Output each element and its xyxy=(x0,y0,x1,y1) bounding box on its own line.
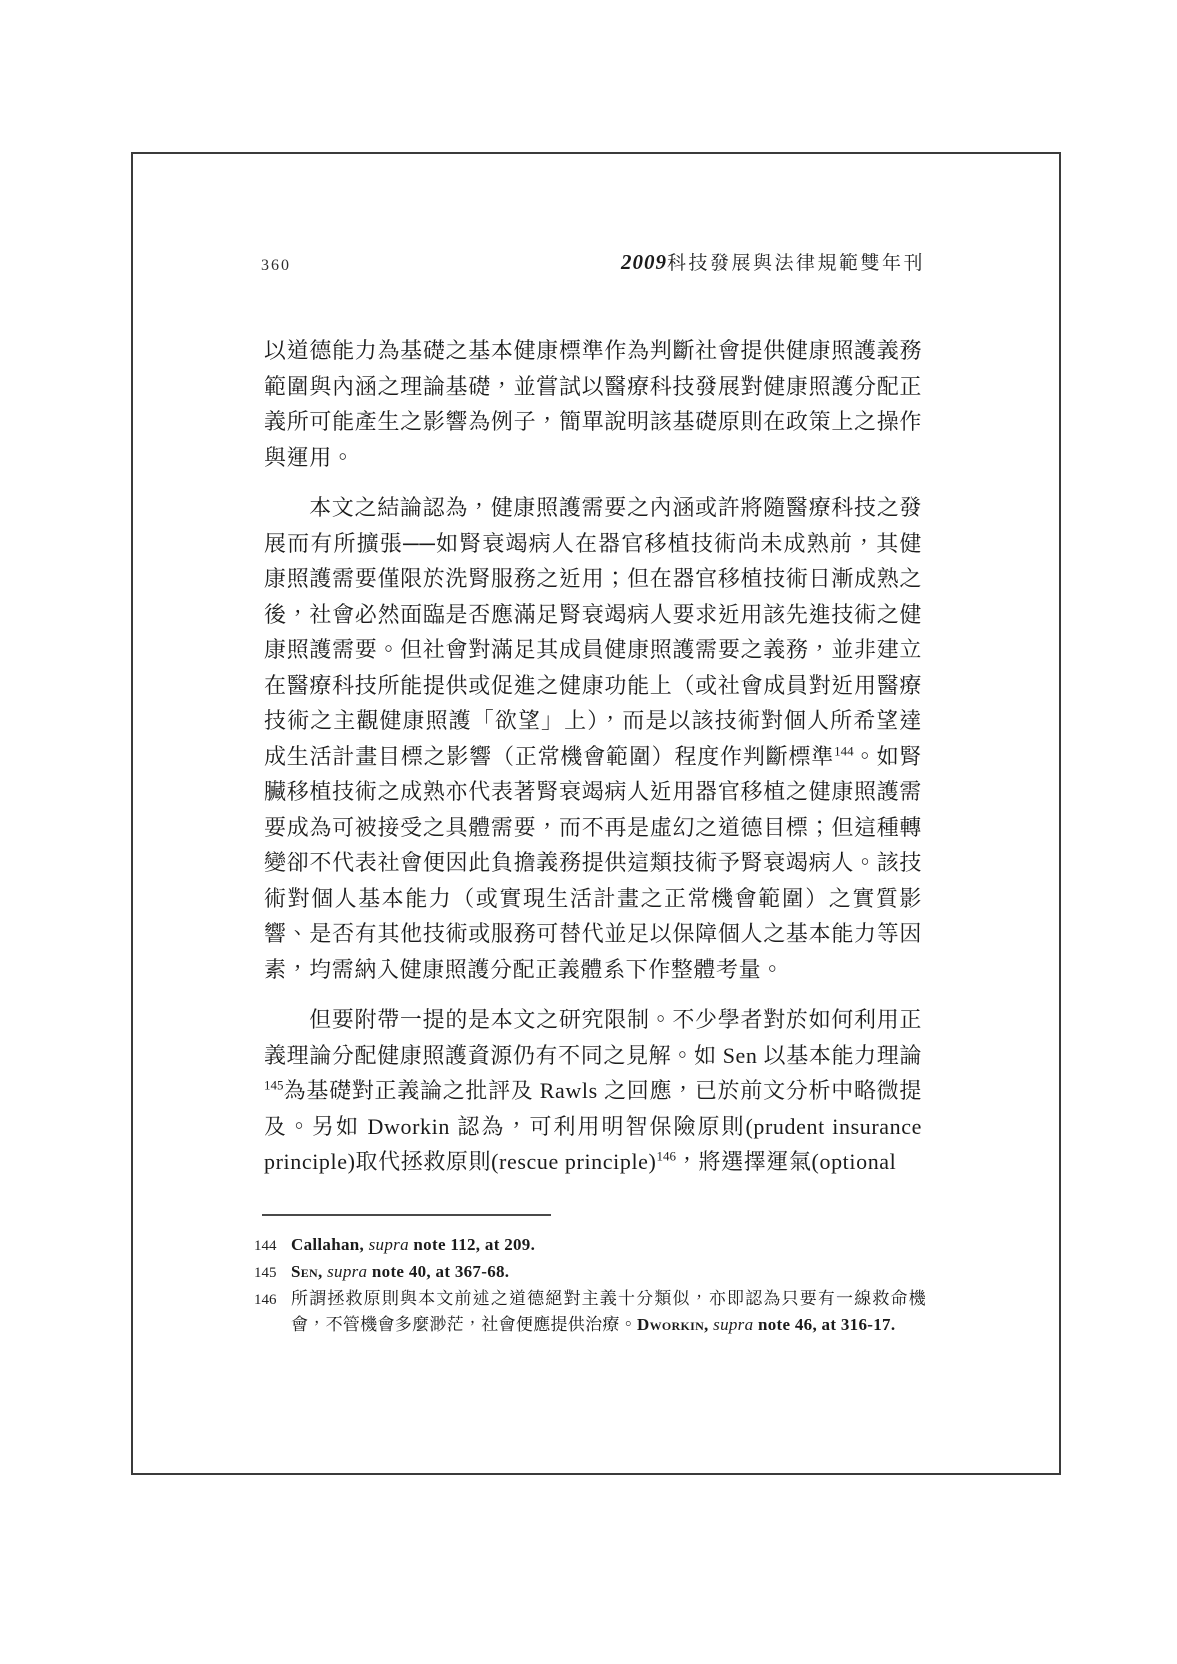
footnote-146-text: 所謂拯救原則與本文前述之道德絕對主義十分類似，亦即認為只要有一線救命機會，不管機… xyxy=(291,1286,926,1338)
footnote-144-cite: note 112, at 209. xyxy=(409,1235,535,1254)
footnote-146-cite: note 46, at 316-17. xyxy=(753,1315,895,1334)
page-frame: 360 2009科技發展與法律規範雙年刊 以道德能力為基礎之基本健康標準作為判斷… xyxy=(131,152,1061,1475)
footnote-146: 146 所謂拯救原則與本文前述之道德絕對主義十分類似，亦即認為只要有一線救命機會… xyxy=(254,1286,926,1338)
footnote-separator xyxy=(262,1214,551,1216)
paragraph-3: 但要附帶一提的是本文之研究限制。不少學者對於如何利用正義理論分配健康照護資源仍有… xyxy=(264,1002,922,1180)
paragraph-1-text: 以道德能力為基礎之基本健康標準作為判斷社會提供健康照護義務範圍與內涵之理論基礎，… xyxy=(264,338,922,470)
footnote-144-supra: supra xyxy=(369,1235,409,1254)
footnote-145-text: Sen, supra note 40, at 367-68. xyxy=(291,1259,926,1286)
footnote-ref-144: 144 xyxy=(834,743,854,758)
paragraph-2-text: 本文之結論認為，健康照護需要之內涵或許將隨醫療科技之發展而有所擴張──如腎衰竭病… xyxy=(264,495,922,769)
paragraph-2-text-cont: 。如腎臟移植技術之成熟亦代表著腎衰竭病人近用器官移植之健康照護需要成為可被接受之… xyxy=(264,744,922,982)
journal-title: 2009科技發展與法律規範雙年刊 xyxy=(621,248,925,275)
footnote-144: 144 Callahan, supra note 112, at 209. xyxy=(254,1232,926,1259)
paragraph-3-text: 但要附帶一提的是本文之研究限制。不少學者對於如何利用正義理論分配健康照護資源仍有… xyxy=(264,1007,922,1068)
scanned-page-canvas: 360 2009科技發展與法律規範雙年刊 以道德能力為基礎之基本健康標準作為判斷… xyxy=(0,0,1177,1664)
footnote-ref-145: 145 xyxy=(264,1078,284,1093)
paragraph-2: 本文之結論認為，健康照護需要之內涵或許將隨醫療科技之發展而有所擴張──如腎衰竭病… xyxy=(264,490,922,987)
footnote-145-number: 145 xyxy=(254,1259,291,1286)
footnote-145-cite: note 40, at 367-68. xyxy=(367,1262,509,1281)
footnote-ref-146: 146 xyxy=(656,1149,676,1164)
journal-title-year: 2009 xyxy=(621,250,667,274)
journal-title-text: 科技發展與法律規範雙年刊 xyxy=(667,253,925,274)
footnote-146-number: 146 xyxy=(254,1286,291,1338)
footnote-144-author: Callahan, xyxy=(291,1235,369,1254)
footnote-146-supra: supra xyxy=(713,1315,753,1334)
footnote-145-author: Sen, xyxy=(291,1262,327,1281)
footnotes: 144 Callahan, supra note 112, at 209. 14… xyxy=(254,1232,926,1338)
footnote-145-supra: supra xyxy=(327,1262,367,1281)
footnote-145: 145 Sen, supra note 40, at 367-68. xyxy=(254,1259,926,1286)
footnote-146-author: Dworkin, xyxy=(637,1315,713,1334)
footnote-144-number: 144 xyxy=(254,1232,291,1259)
paragraph-1: 以道德能力為基礎之基本健康標準作為判斷社會提供健康照護義務範圍與內涵之理論基礎，… xyxy=(264,333,922,475)
page-number: 360 xyxy=(261,257,291,275)
footnote-144-text: Callahan, supra note 112, at 209. xyxy=(291,1232,926,1259)
paragraph-3-text-end: ，將選擇運氣(optional xyxy=(676,1149,896,1174)
article-body: 以道德能力為基礎之基本健康標準作為判斷社會提供健康照護義務範圍與內涵之理論基礎，… xyxy=(264,333,922,1180)
page-header: 360 2009科技發展與法律規範雙年刊 xyxy=(261,248,925,275)
